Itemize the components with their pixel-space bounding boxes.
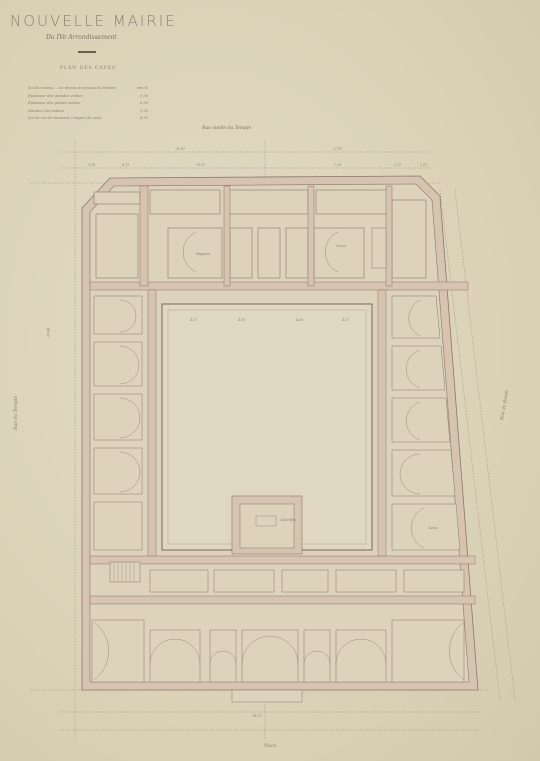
dimension: 4.17 (190, 318, 197, 322)
dimension: 4.17 (342, 318, 349, 322)
dimension: 18.11 (252, 714, 261, 718)
dimension: 4.75 (122, 163, 129, 167)
floor-plan (0, 0, 540, 761)
dimension: 19.51 (196, 163, 205, 167)
dimension: 7.20 (334, 163, 341, 167)
room-label: Caves (428, 526, 438, 530)
dimension: 1.15 (420, 163, 427, 167)
center-pavilion (232, 496, 302, 554)
left-cellar-rooms (94, 296, 142, 550)
room-label: Caves (336, 244, 346, 248)
dimension-top-right: 27.47 (333, 147, 342, 151)
lower-corridor-rooms (150, 570, 464, 592)
dimension-top-left: 31.47 (176, 147, 185, 151)
dimension: 2.15 (394, 163, 401, 167)
dimension: 60.44 (47, 327, 51, 336)
dimension: 4.00 (296, 318, 303, 322)
dimension: 3.14 (88, 163, 95, 167)
room-label: Calorifère (280, 518, 296, 522)
drawing-sheet: NOUVELLE MAIRIE Du IVe Arrondissement PL… (0, 0, 540, 761)
entrance-projection (232, 690, 302, 702)
room-label: Magasin (196, 252, 210, 256)
dimension: 4.00 (238, 318, 245, 322)
